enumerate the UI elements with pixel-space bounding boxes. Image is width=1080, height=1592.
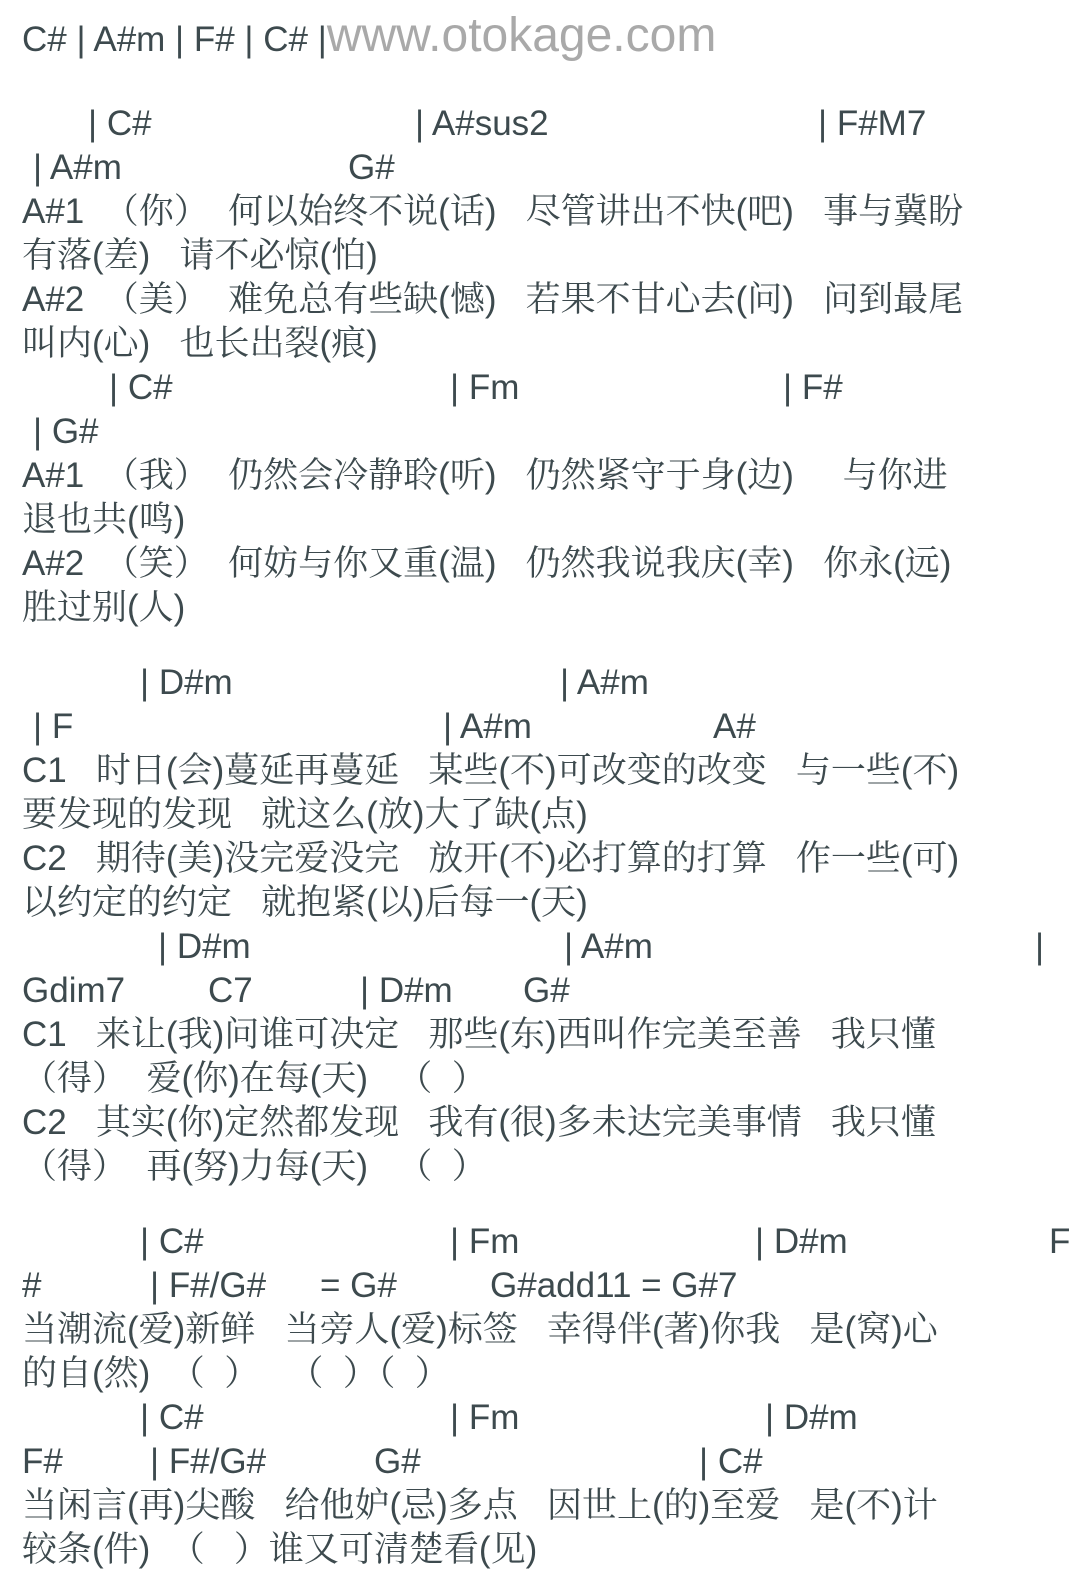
chord-token: | D#m <box>765 1396 858 1440</box>
section-gap <box>0 58 1080 102</box>
chord-token: | C# <box>88 102 152 146</box>
chord-token: | A#m <box>443 705 532 749</box>
section-gap <box>0 1189 1080 1220</box>
lyric-line: C1 时日(会)蔓延再蔓延 某些(不)可改变的改变 与一些(不) <box>0 749 1080 793</box>
lyric-line: 退也共(鸣) <box>0 498 1080 542</box>
chord-token: | G# <box>33 410 99 454</box>
chord-token: A# <box>713 705 756 749</box>
lyric-line: 当闲言(再)尖酸 给他妒(忌)多点 因世上(的)至爱 是(不)计 <box>0 1484 1080 1528</box>
chord-token: | <box>1035 925 1044 969</box>
lyric-line: 要发现的发现 就这么(放)大了缺(点) <box>0 793 1080 837</box>
chord-token: | D#m <box>755 1220 848 1264</box>
intro-chords: C# | A#m | F# | C# | <box>22 18 327 62</box>
lyric-line: A#2 （美） 难免总有些缺(憾) 若果不甘心去(问) 问到最尾 <box>0 278 1080 322</box>
chord-sheet: C# | A#m | F# | C# |www.otokage.com | C#… <box>0 0 1080 1572</box>
lyric-line: A#2 （笑） 何妨与你又重(温) 仍然我说我庆(幸) 你永(远) <box>0 542 1080 586</box>
chord-token: | F#M7 <box>818 102 926 146</box>
chord-line: | C#| Fm| D#mF <box>0 1220 1080 1264</box>
chord-token: | F#/G# <box>150 1440 266 1484</box>
chord-line: | C#| A#sus2| F#M7 <box>0 102 1080 146</box>
chord-token: # <box>22 1264 41 1308</box>
chord-token: | Fm <box>450 1396 519 1440</box>
chord-token: G# <box>374 1440 421 1484</box>
lyric-line: C2 期待(美)没完爱没完 放开(不)必打算的打算 作一些(可) <box>0 837 1080 881</box>
chord-token: | F#/G# <box>150 1264 266 1308</box>
chord-token: | Fm <box>450 366 519 410</box>
chord-token: G# <box>523 969 570 1013</box>
chord-line: | D#m| A#m| <box>0 925 1080 969</box>
lyric-line: 较条(件) （ ）谁又可清楚看(见) <box>0 1528 1080 1572</box>
chord-token: | A#sus2 <box>415 102 549 146</box>
chord-line: Gdim7C7| D#mG# <box>0 969 1080 1013</box>
chord-token: | C# <box>140 1220 204 1264</box>
chord-token: | A#m <box>564 925 653 969</box>
lyric-line: C2 其实(你)定然都发现 我有(很)多未达完美事情 我只懂 <box>0 1101 1080 1145</box>
chord-token: C7 <box>208 969 253 1013</box>
chord-token: F# <box>22 1440 63 1484</box>
chord-line: #| F#/G#= G#G#add11 = G#7 <box>0 1264 1080 1308</box>
chord-line: | C#| Fm| D#m <box>0 1396 1080 1440</box>
chord-token: | D#m <box>158 925 251 969</box>
chord-token: | A#m <box>560 661 649 705</box>
chord-token: G#add11 = G#7 <box>490 1264 737 1308</box>
chord-token: | Fm <box>450 1220 519 1264</box>
chord-token: | F <box>33 705 73 749</box>
chord-line: | G# <box>0 410 1080 454</box>
section-gap <box>0 630 1080 661</box>
lyric-line: C1 来让(我)问谁可决定 那些(东)西叫作完美至善 我只懂 <box>0 1013 1080 1057</box>
chord-token: | C# <box>140 1396 204 1440</box>
chord-line: | C#| Fm| F# <box>0 366 1080 410</box>
lyric-line: 当潮流(爱)新鲜 当旁人(爱)标签 幸得伴(著)你我 是(窝)心 <box>0 1308 1080 1352</box>
lyric-line: 以约定的约定 就抱紧(以)后每一(天) <box>0 881 1080 925</box>
intro-chords-line: C# | A#m | F# | C# |www.otokage.com <box>0 14 1080 58</box>
chord-token: | C# <box>699 1440 763 1484</box>
chord-line: | F| A#mA# <box>0 705 1080 749</box>
chord-token: G# <box>348 146 395 190</box>
sheet-body: | C#| A#sus2| F#M7| A#mG#A#1 （你） 何以始终不说(… <box>0 58 1080 1572</box>
lyric-line: A#1 （你） 何以始终不说(话) 尽管讲出不快(吧) 事与冀盼 <box>0 190 1080 234</box>
chord-token: Gdim7 <box>22 969 125 1013</box>
lyric-line: 叫内(心) 也长出裂(痕) <box>0 322 1080 366</box>
chord-token: | D#m <box>140 661 233 705</box>
lyric-line: 的自(然) （ ） （ ）（ ） <box>0 1352 1080 1396</box>
lyric-line: 胜过别(人) <box>0 586 1080 630</box>
chord-token: | D#m <box>360 969 453 1013</box>
lyric-line: （得） 爱(你)在每(天) （ ） <box>0 1057 1080 1101</box>
chord-token: = G# <box>320 1264 397 1308</box>
chord-line: | A#mG# <box>0 146 1080 190</box>
chord-line: | D#m| A#m <box>0 661 1080 705</box>
chord-token: F <box>1049 1220 1070 1264</box>
watermark: www.otokage.com <box>327 14 717 58</box>
chord-token: | C# <box>109 366 173 410</box>
chord-line: F#| F#/G#G#| C# <box>0 1440 1080 1484</box>
lyric-line: （得） 再(努)力每(天) （ ） <box>0 1145 1080 1189</box>
chord-token: | A#m <box>33 146 122 190</box>
lyric-line: A#1 （我） 仍然会冷静聆(听) 仍然紧守于身(边) 与你进 <box>0 454 1080 498</box>
chord-token: | F# <box>783 366 843 410</box>
lyric-line: 有落(差) 请不必惊(怕) <box>0 234 1080 278</box>
